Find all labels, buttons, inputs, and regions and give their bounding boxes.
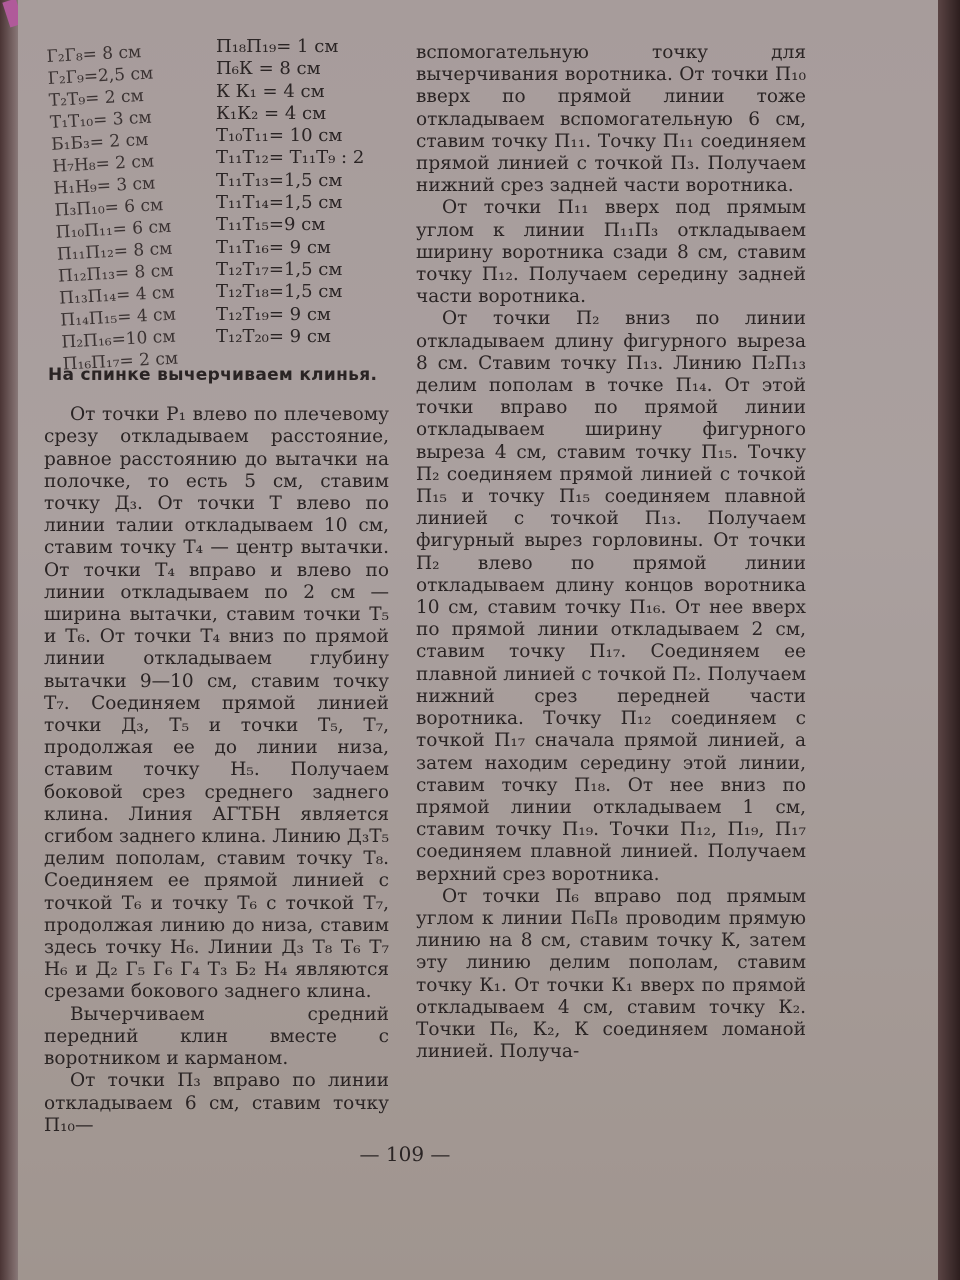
formula-list-right: П₁₈П₁₉= 1 см П₆К = 8 см К К₁ = 4 см К₁К₂… bbox=[216, 36, 406, 348]
formula: К₁К₂ = 4 см bbox=[216, 103, 406, 125]
formula: П₁₈П₁₉= 1 см bbox=[216, 36, 406, 58]
paragraph: От точки П₃ вправо по линии откладываем … bbox=[44, 1070, 389, 1137]
formula: П₆К = 8 см bbox=[216, 58, 406, 80]
formula: Т₁₂Т₁₉= 9 см bbox=[216, 304, 406, 326]
formula: Т₁₀Т₁₁= 10 см bbox=[216, 125, 406, 147]
paragraph: Вычерчиваем средний передний клин вместе… bbox=[44, 1004, 389, 1071]
formula: Т₁₁Т₁₄=1,5 см bbox=[216, 192, 406, 214]
section-heading: На спинке вычерчиваем клинья. bbox=[48, 364, 389, 386]
formula: Т₁₂Т₁₈=1,5 см bbox=[216, 281, 406, 303]
left-text-column: На спинке вычерчиваем клинья. От точки Р… bbox=[44, 350, 389, 1137]
formula: К К₁ = 4 см bbox=[216, 81, 406, 103]
paragraph: От точки Р₁ влево по плечевому срезу отк… bbox=[44, 404, 389, 1003]
formula: Т₁₁Т₁₅=9 см bbox=[216, 214, 406, 236]
paragraph: вспомогательную точку для вычерчивания в… bbox=[416, 42, 806, 197]
formula: Т₁₂Т₁₇=1,5 см bbox=[216, 259, 406, 281]
paragraph: От точки П₁₁ вверх под прямым углом к ли… bbox=[416, 197, 806, 308]
formula: Т₁₁Т₁₂= Т₁₁Т₉ : 2 bbox=[216, 147, 406, 169]
paragraph: От точки П₂ вниз по линии откладываем дл… bbox=[416, 308, 806, 885]
page-number: — 109 — bbox=[350, 1142, 460, 1166]
formula: Т₁₁Т₁₆= 9 см bbox=[216, 237, 406, 259]
page-edge-shadow bbox=[938, 0, 960, 1280]
formula: Т₁₁Т₁₃=1,5 см bbox=[216, 170, 406, 192]
right-text-column: вспомогательную точку для вычерчивания в… bbox=[416, 42, 806, 1063]
formula: Т₁₂Т₂₀= 9 см bbox=[216, 326, 406, 348]
paragraph: От точки П₆ вправо под прямым углом к ли… bbox=[416, 886, 806, 1064]
formula-list-left: Г₂Г₈= 8 см Г₂Г₉=2,5 см Т₂Т₉= 2 см Т₁Т₁₀=… bbox=[46, 38, 223, 376]
